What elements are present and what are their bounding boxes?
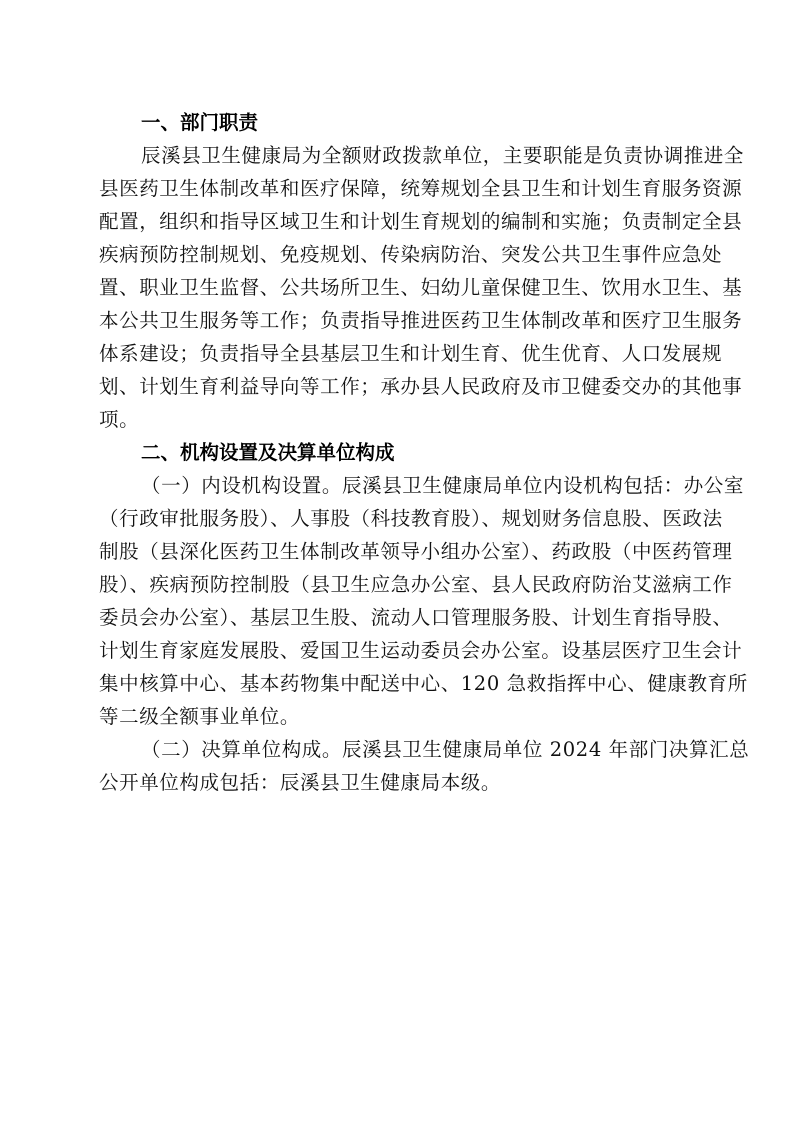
text-line: 等二级全额事业单位。 — [99, 700, 697, 733]
text-line: 制股（县深化医药卫生体制改革领导小组办公室）、药政股（中医药管理 — [99, 535, 697, 568]
paragraph-internal-organization: （一）内设机构设置。辰溪县卫生健康局单位内设机构包括：办公室 （行政审批服务股）… — [99, 469, 697, 733]
text-line: 疾病预防控制规划、免疫规划、传染病防治、突发公共卫生事件应急处 — [99, 238, 697, 271]
text-line: 集中核算中心、基本药物集中配送中心、120 急救指挥中心、健康教育所 — [99, 667, 697, 700]
text-line: 委员会办公室）、基层卫生股、流动人口管理服务股、计划生育指导股、 — [99, 601, 697, 634]
document-body: 一、部门职责 辰溪县卫生健康局为全额财政拨款单位，主要职能是负责协调推进全 县医… — [99, 106, 697, 799]
document-page: 一、部门职责 辰溪县卫生健康局为全额财政拨款单位，主要职能是负责协调推进全 县医… — [0, 0, 793, 1122]
text-line: 置、职业卫生监督、公共场所卫生、妇幼儿童保健卫生、饮用水卫生、基 — [99, 271, 697, 304]
text-line: 本公共卫生服务等工作；负责指导推进医药卫生体制改革和医疗卫生服务 — [99, 304, 697, 337]
text-line: 县医药卫生体制改革和医疗保障，统筹规划全县卫生和计划生育服务资源 — [99, 172, 697, 205]
paragraph-department-duties: 辰溪县卫生健康局为全额财政拨款单位，主要职能是负责协调推进全 县医药卫生体制改革… — [99, 139, 697, 436]
text-line: 划、计划生育利益导向等工作；承办县人民政府及市卫健委交办的其他事 — [99, 370, 697, 403]
text-line: 辰溪县卫生健康局为全额财政拨款单位，主要职能是负责协调推进全 — [99, 139, 697, 172]
text-line: （行政审批服务股）、人事股（科技教育股）、规划财务信息股、医政法 — [99, 502, 697, 535]
section-heading-organization: 二、机构设置及决算单位构成 — [99, 436, 697, 469]
text-line: （二）决算单位构成。辰溪县卫生健康局单位 2024 年部门决算汇总 — [99, 733, 697, 766]
text-line: 股）、疾病预防控制股（县卫生应急办公室、县人民政府防治艾滋病工作 — [99, 568, 697, 601]
text-line: 公开单位构成包括：辰溪县卫生健康局本级。 — [99, 766, 697, 799]
text-line: 计划生育家庭发展股、爱国卫生运动委员会办公室。设基层医疗卫生会计 — [99, 634, 697, 667]
section-heading-department-duties: 一、部门职责 — [99, 106, 697, 139]
text-line: （一）内设机构设置。辰溪县卫生健康局单位内设机构包括：办公室 — [99, 469, 697, 502]
paragraph-budget-units: （二）决算单位构成。辰溪县卫生健康局单位 2024 年部门决算汇总 公开单位构成… — [99, 733, 697, 799]
text-line: 项。 — [99, 403, 697, 436]
text-line: 体系建设；负责指导全县基层卫生和计划生育、优生优育、人口发展规 — [99, 337, 697, 370]
text-line: 配置，组织和指导区域卫生和计划生育规划的编制和实施；负责制定全县 — [99, 205, 697, 238]
